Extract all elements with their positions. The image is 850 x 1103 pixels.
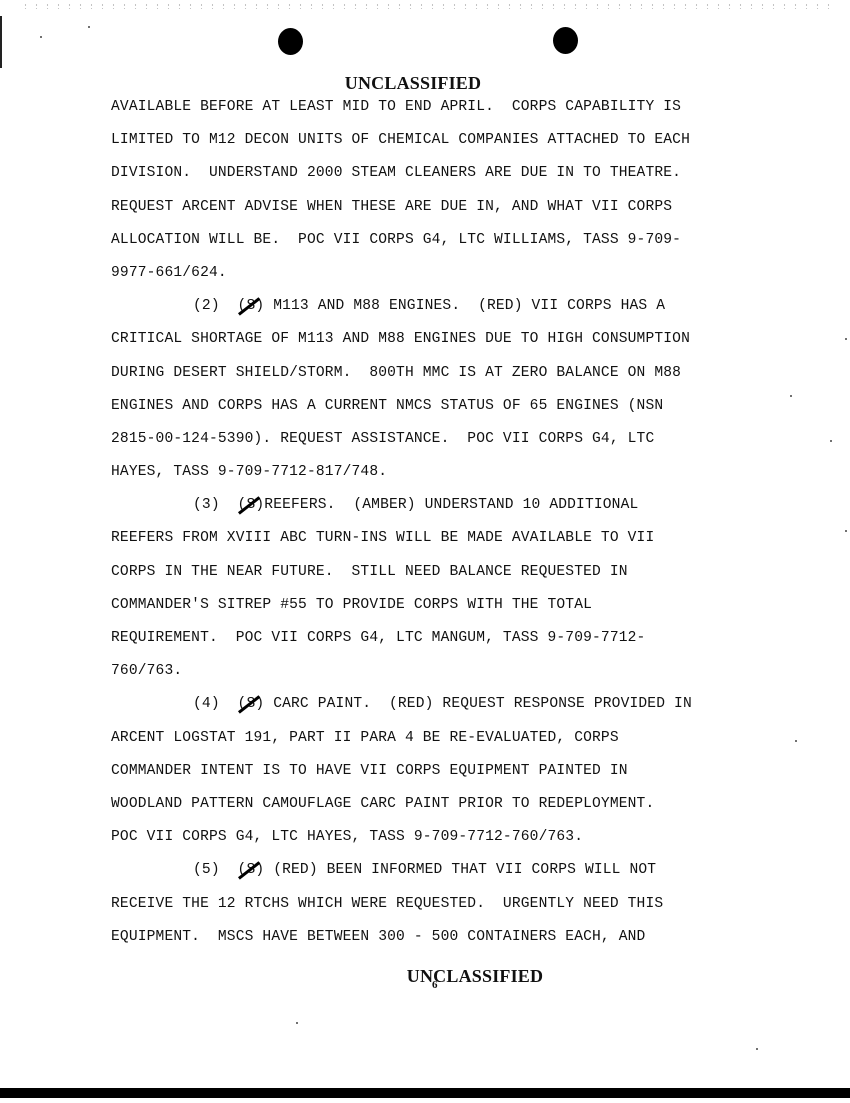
line-text: ENGINES AND CORPS HAS A CURRENT NMCS STA… bbox=[111, 398, 663, 414]
line-text: M113 AND M88 ENGINES. (RED) VII CORPS HA… bbox=[264, 298, 665, 314]
text-line: 2815-00-124-5390). REQUEST ASSISTANCE. P… bbox=[111, 428, 791, 461]
text-line: POC VII CORPS G4, LTC HAYES, TASS 9-709-… bbox=[111, 826, 791, 859]
text-line: (3) (S)REEFERS. (AMBER) UNDERSTAND 10 AD… bbox=[111, 494, 791, 527]
scan-bottom-edge bbox=[0, 1088, 850, 1098]
line-text: CRITICAL SHORTAGE OF M113 AND M88 ENGINE… bbox=[111, 331, 690, 347]
line-text: CORPS IN THE NEAR FUTURE. STILL NEED BAL… bbox=[111, 564, 628, 580]
text-line: 9977-661/624. bbox=[111, 262, 791, 295]
punch-hole-right bbox=[553, 27, 578, 54]
text-line: WOODLAND PATTERN CAMOUFLAGE CARC PAINT P… bbox=[111, 793, 791, 826]
text-line: ARCENT LOGSTAT 191, PART II PARA 4 BE RE… bbox=[111, 727, 791, 760]
text-line: 760/763. bbox=[111, 660, 791, 693]
line-text: COMMANDER'S SITREP #55 TO PROVIDE CORPS … bbox=[111, 597, 592, 613]
line-text: 2815-00-124-5390). REQUEST ASSISTANCE. P… bbox=[111, 431, 654, 447]
text-line: (4) (S) CARC PAINT. (RED) REQUEST RESPON… bbox=[111, 693, 791, 726]
text-line: HAYES, TASS 9-709-7712-817/748. bbox=[111, 461, 791, 494]
document-body: AVAILABLE BEFORE AT LEAST MID TO END APR… bbox=[111, 96, 791, 959]
scan-speck bbox=[790, 395, 792, 397]
paragraph-number: (3) bbox=[193, 497, 238, 513]
line-text: EQUIPMENT. MSCS HAVE BETWEEN 300 - 500 C… bbox=[111, 929, 645, 945]
text-line: CRITICAL SHORTAGE OF M113 AND M88 ENGINE… bbox=[111, 328, 791, 361]
scan-speck bbox=[40, 36, 42, 38]
text-line: ENGINES AND CORPS HAS A CURRENT NMCS STA… bbox=[111, 395, 791, 428]
struck-classification-mark: (S) bbox=[238, 859, 265, 881]
paragraph-number: (2) bbox=[193, 298, 238, 314]
line-text: DURING DESERT SHIELD/STORM. 800TH MMC IS… bbox=[111, 365, 681, 381]
line-text: ALLOCATION WILL BE. POC VII CORPS G4, LT… bbox=[111, 232, 681, 248]
scan-speck bbox=[845, 530, 847, 532]
scan-speck bbox=[756, 1048, 758, 1050]
text-line: ALLOCATION WILL BE. POC VII CORPS G4, LT… bbox=[111, 229, 791, 262]
paragraph-number: (4) bbox=[193, 696, 238, 712]
struck-classification-mark: (S) bbox=[238, 494, 265, 516]
page-edge-mark bbox=[0, 16, 2, 68]
line-text: 9977-661/624. bbox=[111, 265, 227, 281]
text-line: DIVISION. UNDERSTAND 2000 STEAM CLEANERS… bbox=[111, 162, 791, 195]
text-line: (2) (S) M113 AND M88 ENGINES. (RED) VII … bbox=[111, 295, 791, 328]
classification-footer: UNCLASSIFIED bbox=[50, 966, 850, 987]
scan-speck bbox=[845, 338, 847, 340]
scan-noise bbox=[20, 3, 830, 9]
struck-classification-mark: (S) bbox=[238, 295, 265, 317]
text-line: REQUEST ARCENT ADVISE WHEN THESE ARE DUE… bbox=[111, 196, 791, 229]
line-text: WOODLAND PATTERN CAMOUFLAGE CARC PAINT P… bbox=[111, 796, 654, 812]
scan-speck bbox=[795, 740, 797, 742]
text-line: AVAILABLE BEFORE AT LEAST MID TO END APR… bbox=[111, 96, 791, 129]
line-text: 760/763. bbox=[111, 663, 182, 679]
punch-hole-left bbox=[278, 28, 303, 55]
paragraph-number: (5) bbox=[193, 862, 238, 878]
classification-header: UNCLASSIFIED bbox=[0, 73, 838, 94]
line-text: CARC PAINT. (RED) REQUEST RESPONSE PROVI… bbox=[264, 696, 692, 712]
line-text: AVAILABLE BEFORE AT LEAST MID TO END APR… bbox=[111, 99, 681, 115]
line-text: POC VII CORPS G4, LTC HAYES, TASS 9-709-… bbox=[111, 829, 583, 845]
line-text: (RED) BEEN INFORMED THAT VII CORPS WILL … bbox=[264, 862, 656, 878]
text-line: CORPS IN THE NEAR FUTURE. STILL NEED BAL… bbox=[111, 561, 791, 594]
line-text: RECEIVE THE 12 RTCHS WHICH WERE REQUESTE… bbox=[111, 896, 663, 912]
text-line: RECEIVE THE 12 RTCHS WHICH WERE REQUESTE… bbox=[111, 893, 791, 926]
scanned-page: UNCLASSIFIED AVAILABLE BEFORE AT LEAST M… bbox=[0, 0, 850, 1103]
line-text: HAYES, TASS 9-709-7712-817/748. bbox=[111, 464, 387, 480]
text-line: REEFERS FROM XVIII ABC TURN-INS WILL BE … bbox=[111, 527, 791, 560]
text-line: REQUIREMENT. POC VII CORPS G4, LTC MANGU… bbox=[111, 627, 791, 660]
text-line: COMMANDER INTENT IS TO HAVE VII CORPS EQ… bbox=[111, 760, 791, 793]
line-text: REQUIREMENT. POC VII CORPS G4, LTC MANGU… bbox=[111, 630, 645, 646]
scan-speck bbox=[88, 26, 90, 28]
page-number: 6 bbox=[432, 979, 438, 991]
text-line: (5) (S) (RED) BEEN INFORMED THAT VII COR… bbox=[111, 859, 791, 892]
scan-speck bbox=[296, 1022, 298, 1024]
text-line: LIMITED TO M12 DECON UNITS OF CHEMICAL C… bbox=[111, 129, 791, 162]
struck-classification-mark: (S) bbox=[238, 693, 265, 715]
line-text: REEFERS. (AMBER) UNDERSTAND 10 ADDITIONA… bbox=[264, 497, 638, 513]
text-line: COMMANDER'S SITREP #55 TO PROVIDE CORPS … bbox=[111, 594, 791, 627]
line-text: DIVISION. UNDERSTAND 2000 STEAM CLEANERS… bbox=[111, 165, 681, 181]
line-text: REQUEST ARCENT ADVISE WHEN THESE ARE DUE… bbox=[111, 199, 672, 215]
line-text: LIMITED TO M12 DECON UNITS OF CHEMICAL C… bbox=[111, 132, 690, 148]
text-line: EQUIPMENT. MSCS HAVE BETWEEN 300 - 500 C… bbox=[111, 926, 791, 959]
scan-speck bbox=[830, 440, 832, 442]
line-text: COMMANDER INTENT IS TO HAVE VII CORPS EQ… bbox=[111, 763, 628, 779]
line-text: ARCENT LOGSTAT 191, PART II PARA 4 BE RE… bbox=[111, 730, 619, 746]
line-text: REEFERS FROM XVIII ABC TURN-INS WILL BE … bbox=[111, 530, 654, 546]
text-line: DURING DESERT SHIELD/STORM. 800TH MMC IS… bbox=[111, 362, 791, 395]
